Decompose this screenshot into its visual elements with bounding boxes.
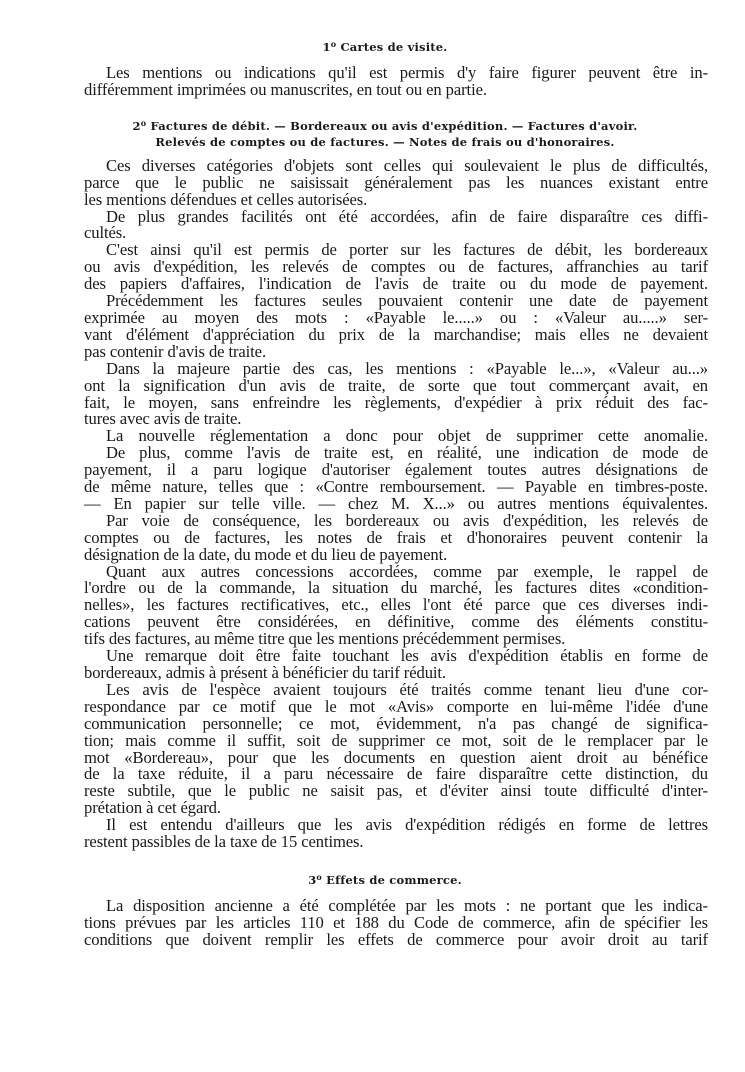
- paragraph: Ces diverses catégories d'objets sont ce…: [62, 158, 708, 209]
- paragraph: Les mentions ou indications qu'il est pe…: [62, 65, 708, 99]
- section-heading-1: 1o Cartes de visite.: [62, 36, 708, 55]
- paragraph: Il est entendu d'ailleurs que les avis d…: [62, 817, 708, 851]
- paragraph: De plus, comme l'avis de traite est, en …: [62, 445, 708, 513]
- paragraph: Par voie de conséquence, les bordereaux …: [62, 513, 708, 564]
- paragraph: Les avis de l'espèce avaient toujours ét…: [62, 682, 708, 817]
- paragraph: Dans la majeure partie des cas, les ment…: [62, 361, 708, 429]
- paragraph: Une remarque doit être faite touchant le…: [62, 648, 708, 682]
- section-heading-3: 3o Effets de commerce.: [62, 869, 708, 888]
- document-page: 1o Cartes de visite. Les mentions ou ind…: [62, 36, 708, 949]
- paragraph: Quant aux autres concessions accordées, …: [62, 564, 708, 649]
- paragraph: De plus grandes facilités ont été accord…: [62, 209, 708, 243]
- paragraph: Précédemment les factures seules pouvaie…: [62, 293, 708, 361]
- paragraph: C'est ainsi qu'il est permis de porter s…: [62, 242, 708, 293]
- section-heading-2: 2o Factures de débit. — Bordereaux ou av…: [62, 115, 708, 150]
- paragraph: La disposition ancienne a été complétée …: [62, 898, 708, 949]
